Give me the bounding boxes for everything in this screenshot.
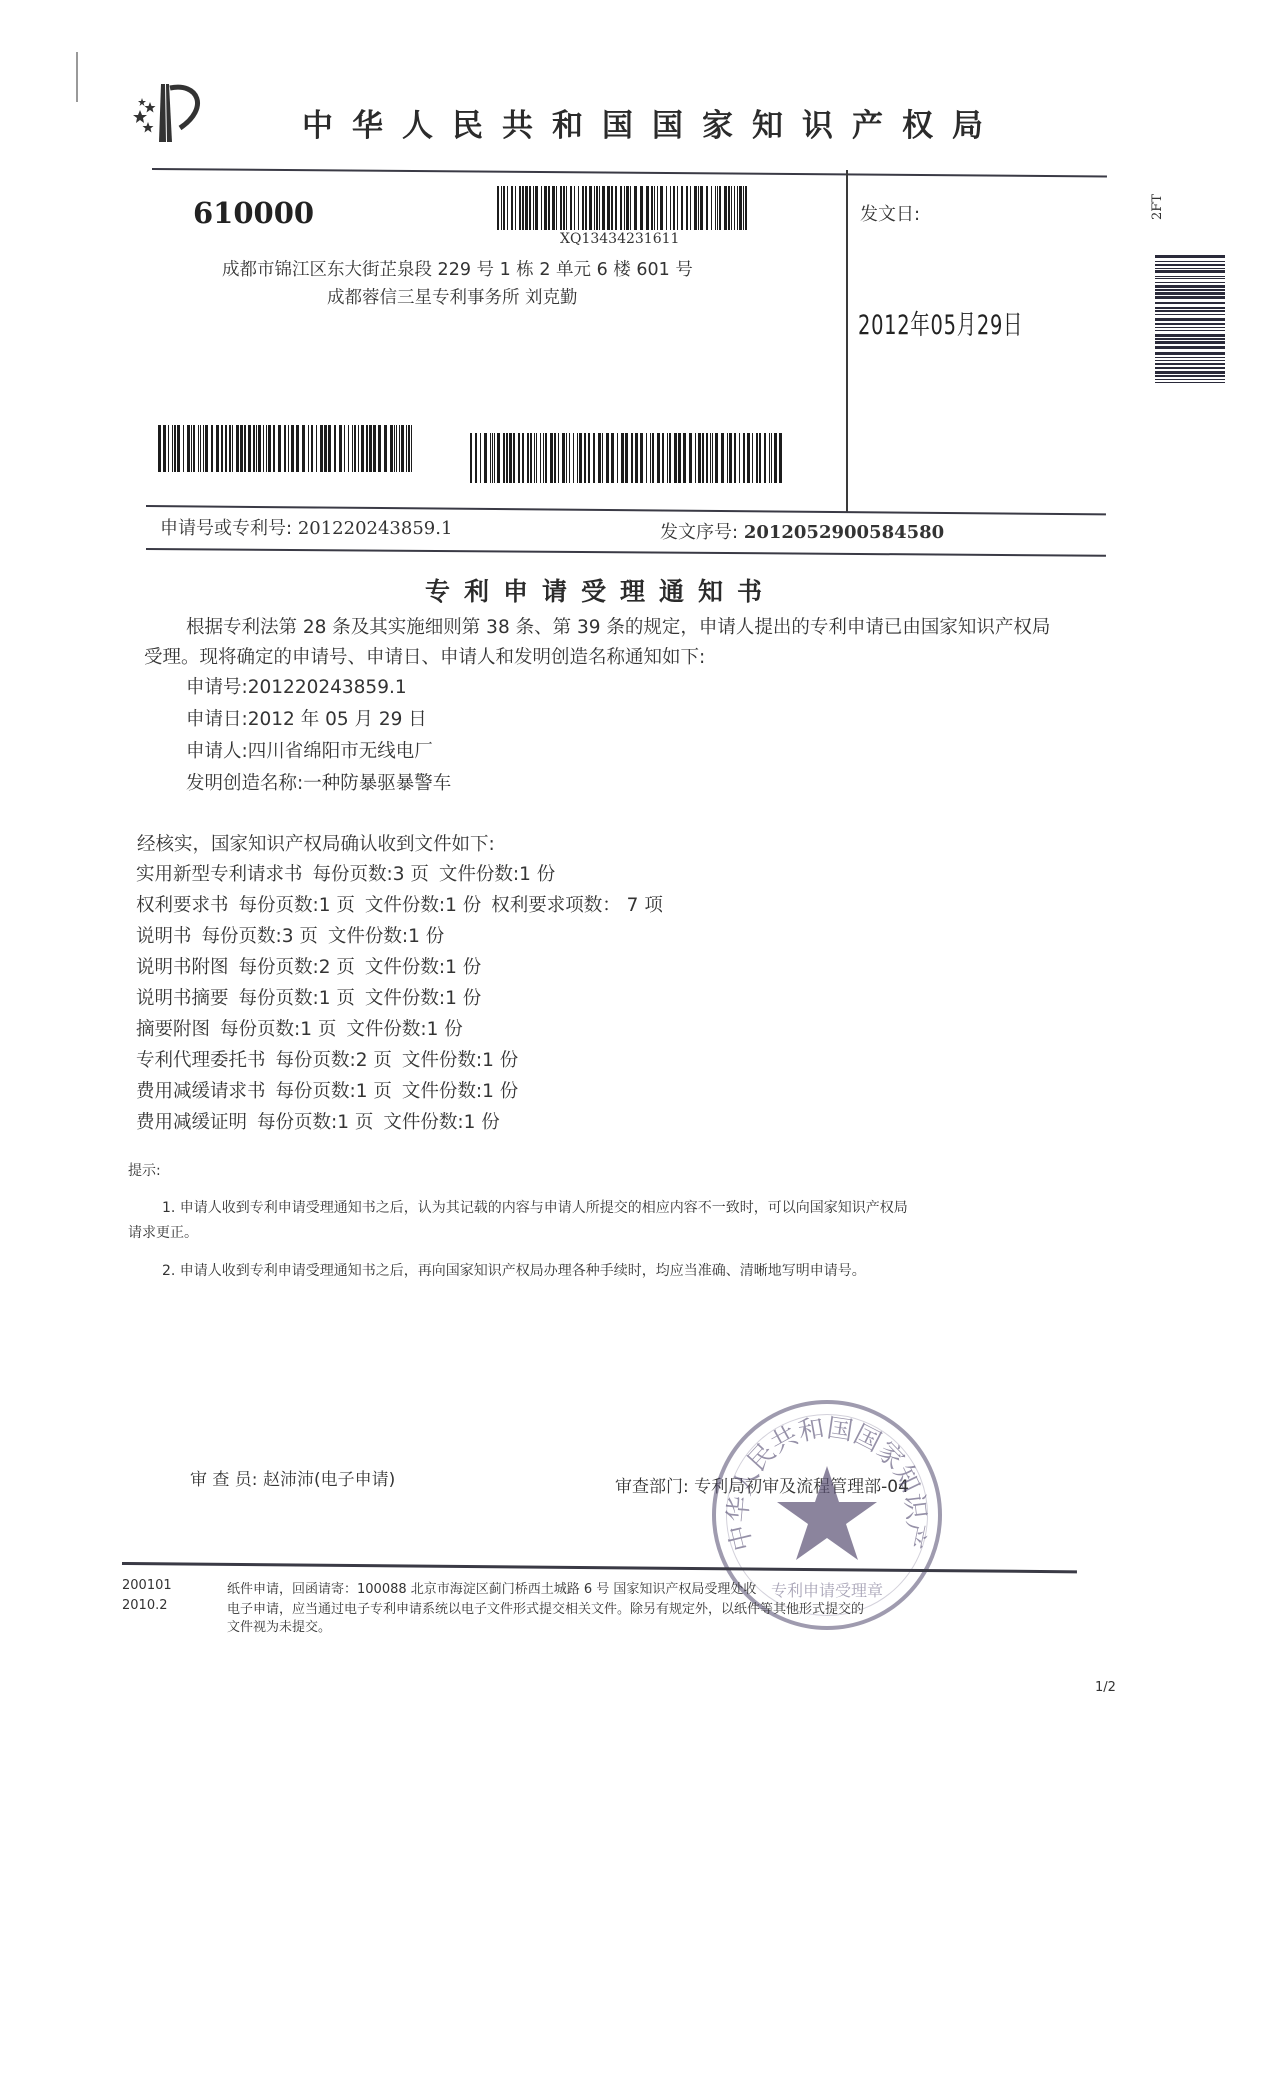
file-copies: 文件份数:1 份 (365, 988, 481, 1009)
notice-field-label: 发明创造名称: (186, 773, 303, 794)
received-file-row: 实用新型专利请求书每份页数:3 页文件份数:1 份 (136, 860, 565, 886)
tracking-barcode-text: XQ13434231611 (560, 231, 679, 247)
tip-2: 2. 申请人收到专利申请受理通知书之后，再向国家知识产权局办理各种手续时，均应当… (162, 1260, 866, 1280)
postal-code: 610000 (193, 196, 314, 230)
file-pages: 每份页数:2 页 (239, 957, 355, 978)
file-pages: 每份页数:2 页 (276, 1050, 392, 1071)
file-name: 实用新型专利请求书 (136, 864, 303, 885)
form-code: 200101 (122, 1578, 172, 1593)
received-file-row: 摘要附图每份页数:1 页文件份数:1 份 (136, 1015, 473, 1041)
page-number: 1/2 (1095, 1680, 1116, 1695)
department-label: 审查部门: (615, 1477, 689, 1497)
tip-1-line-2: 请求更正。 (128, 1222, 198, 1242)
intro-line-1: 根据专利法第 28 条及其实施细则第 38 条、第 39 条的规定，申请人提出的… (186, 613, 1050, 639)
notice-title: 专利申请受理通知书 (425, 572, 776, 608)
file-pages: 每份页数:1 页 (276, 1081, 392, 1102)
notice-field-value: 2012 年 05 月 29 日 (248, 709, 427, 730)
serial-number-label: 发文序号: (660, 522, 738, 543)
notice-field-label: 申请人: (186, 741, 248, 762)
file-pages: 每份页数:3 页 (313, 864, 429, 885)
tips-heading: 提示: (128, 1160, 161, 1180)
barcode-right (470, 433, 784, 483)
file-name: 摘要附图 (136, 1019, 210, 1040)
received-file-row: 说明书摘要每份页数:1 页文件份数:1 份 (136, 984, 491, 1010)
application-number-value: 201220243859.1 (298, 518, 453, 539)
tracking-barcode (497, 186, 748, 230)
file-copies: 文件份数:1 份 (365, 957, 481, 978)
file-copies: 文件份数:1 份 (439, 864, 555, 885)
file-copies: 文件份数:1 份 (365, 895, 481, 916)
agency-name: 中华人民共和国国家知识产权局 (302, 100, 1002, 145)
mailing-address: 成都市锦江区东大街芷泉段 229 号 1 栋 2 单元 6 楼 601 号 (222, 256, 693, 281)
serial-number-row: 发文序号: 2012052900584580 (660, 518, 944, 544)
file-name: 说明书 (136, 926, 192, 947)
file-name: 费用减缓证明 (136, 1112, 247, 1133)
file-copies: 文件份数:1 份 (328, 926, 444, 947)
notice-field: 发明创造名称:一种防暴驱暴警车 (186, 769, 451, 795)
application-number-row: 申请号或专利号: 201220243859.1 (160, 514, 452, 540)
side-barcode-label: 2FT (1150, 194, 1165, 220)
reference-bottom-rule (146, 548, 1106, 557)
scan-mark (76, 52, 78, 102)
file-copies: 文件份数:1 份 (383, 1112, 499, 1133)
issue-date-label: 发文日: (860, 200, 920, 226)
file-pages: 每份页数:1 页 (257, 1112, 373, 1133)
application-number-label: 申请号或专利号: (160, 518, 292, 539)
side-barcode (1155, 255, 1225, 386)
examiner-row: 审 查 员: 赵沛沛(电子申请) (190, 1465, 395, 1490)
footer-line-2: 电子申请，应当通过电子专利申请系统以电子文件形式提交相关文件。除另有规定外，以纸… (227, 1598, 864, 1617)
file-name: 说明书附图 (136, 957, 229, 978)
received-file-row: 权利要求书每份页数:1 页文件份数:1 份权利要求项数： 7 项 (136, 891, 673, 917)
footer-line-1: 纸件申请，回函请寄：100088 北京市海淀区蓟门桥西土城路 6 号 国家知识产… (227, 1578, 756, 1597)
star-icon (777, 1466, 877, 1560)
examiner-label: 审 查 员: (190, 1470, 258, 1490)
date-box-divider (846, 170, 848, 512)
notice-field: 申请号:201220243859.1 (186, 673, 407, 699)
barcode-left (158, 425, 414, 472)
top-rule (152, 168, 1107, 178)
file-pages: 每份页数:1 页 (220, 1019, 336, 1040)
received-file-row: 说明书附图每份页数:2 页文件份数:1 份 (136, 953, 491, 979)
file-name: 费用减缓请求书 (136, 1081, 266, 1102)
received-file-row: 专利代理委托书每份页数:2 页文件份数:1 份 (136, 1046, 528, 1072)
examiner-value: 赵沛沛(电子申请) (263, 1470, 395, 1490)
file-name: 说明书摘要 (136, 988, 229, 1009)
file-pages: 每份页数:3 页 (202, 926, 318, 947)
received-files-heading: 经核实，国家知识产权局确认收到文件如下: (137, 830, 495, 856)
file-copies: 文件份数:1 份 (402, 1050, 518, 1071)
notice-field: 申请日:2012 年 05 月 29 日 (186, 705, 427, 731)
received-file-row: 说明书每份页数:3 页文件份数:1 份 (136, 922, 454, 948)
mailing-recipient: 成都蓉信三星专利事务所 刘克勤 (327, 284, 578, 309)
file-pages: 每份页数:1 页 (239, 895, 355, 916)
form-version: 2010.2 (122, 1598, 168, 1613)
file-name: 专利代理委托书 (136, 1050, 266, 1071)
intro-line-2: 受理。现将确定的申请号、申请日、申请人和发明创造名称通知如下: (144, 643, 705, 669)
file-extra: 权利要求项数： 7 项 (491, 895, 663, 916)
file-pages: 每份页数:1 页 (239, 988, 355, 1009)
notice-field-value: 四川省绵阳市无线电厂 (248, 741, 433, 762)
notice-field-value: 一种防暴驱暴警车 (303, 773, 451, 794)
serial-number-value: 2012052900584580 (744, 522, 944, 543)
notice-field-label: 申请日: (186, 709, 248, 730)
notice-field: 申请人:四川省绵阳市无线电厂 (186, 737, 433, 763)
tip-1-line-1: 1. 申请人收到专利申请受理通知书之后，认为其记载的内容与申请人所提交的相应内容… (162, 1197, 908, 1217)
notice-field-value: 201220243859.1 (248, 677, 407, 698)
file-name: 权利要求书 (136, 895, 229, 916)
file-copies: 文件份数:1 份 (402, 1081, 518, 1102)
cnipa-logo-icon (128, 70, 218, 145)
received-file-row: 费用减缓证明每份页数:1 页文件份数:1 份 (136, 1108, 510, 1134)
file-copies: 文件份数:1 份 (346, 1019, 462, 1040)
notice-field-label: 申请号: (186, 677, 248, 698)
issue-date-value: 2012年05月29日 (858, 303, 1023, 342)
received-file-row: 费用减缓请求书每份页数:1 页文件份数:1 份 (136, 1077, 528, 1103)
footer-line-3: 文件视为未提交。 (227, 1616, 331, 1635)
